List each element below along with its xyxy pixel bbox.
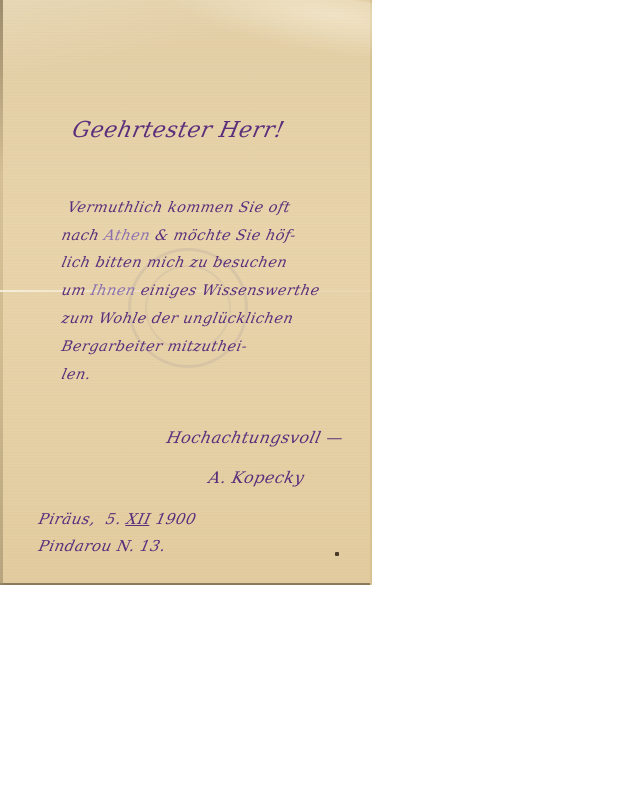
place: Piräus: [37, 510, 92, 528]
body-line-2-part-c: & möchte Sie höf-: [148, 228, 297, 244]
body-line-2: nach Athen & möchte Sie höf-: [60, 228, 297, 244]
paper-left-edge: [0, 0, 3, 585]
body-line-3: lich bitten mich zu besuchen: [60, 255, 289, 271]
paper-wrinkle: [147, 0, 372, 68]
body-line-5: zum Wohle der unglücklichen: [60, 311, 295, 327]
body-line-4: um Ihnen einiges Wissenswerthe: [60, 283, 321, 299]
signature: A. Kopecky: [207, 468, 306, 487]
body-line-4-part-a: um: [60, 283, 93, 299]
address: Pindarou N. 13.: [37, 537, 168, 555]
ink-speck: [335, 552, 339, 556]
body-line-4-faded-word: Ihnen: [89, 283, 137, 299]
body-line-7: len.: [60, 367, 93, 383]
salutation: Geehrtester Herr!: [70, 118, 287, 143]
closing: Hochachtungsvoll —: [165, 428, 345, 447]
body-line-4-part-c: einiges Wissenswerthe: [134, 283, 321, 299]
scanned-page: Geehrtester Herr! Vermuthlich kommen Sie…: [0, 0, 618, 800]
body-line-1: Vermuthlich kommen Sie oft: [66, 200, 292, 216]
body-line-6: Bergarbeiter mitzuthei-: [60, 339, 249, 355]
body-line-2-faded-word: Athen: [103, 228, 152, 244]
letter-paper: Geehrtester Herr! Vermuthlich kommen Sie…: [0, 0, 372, 585]
year: 1900: [154, 510, 198, 528]
body-line-2-part-a: nach: [60, 228, 106, 244]
place-date: Piräus, 5. XII 1900: [37, 510, 198, 528]
